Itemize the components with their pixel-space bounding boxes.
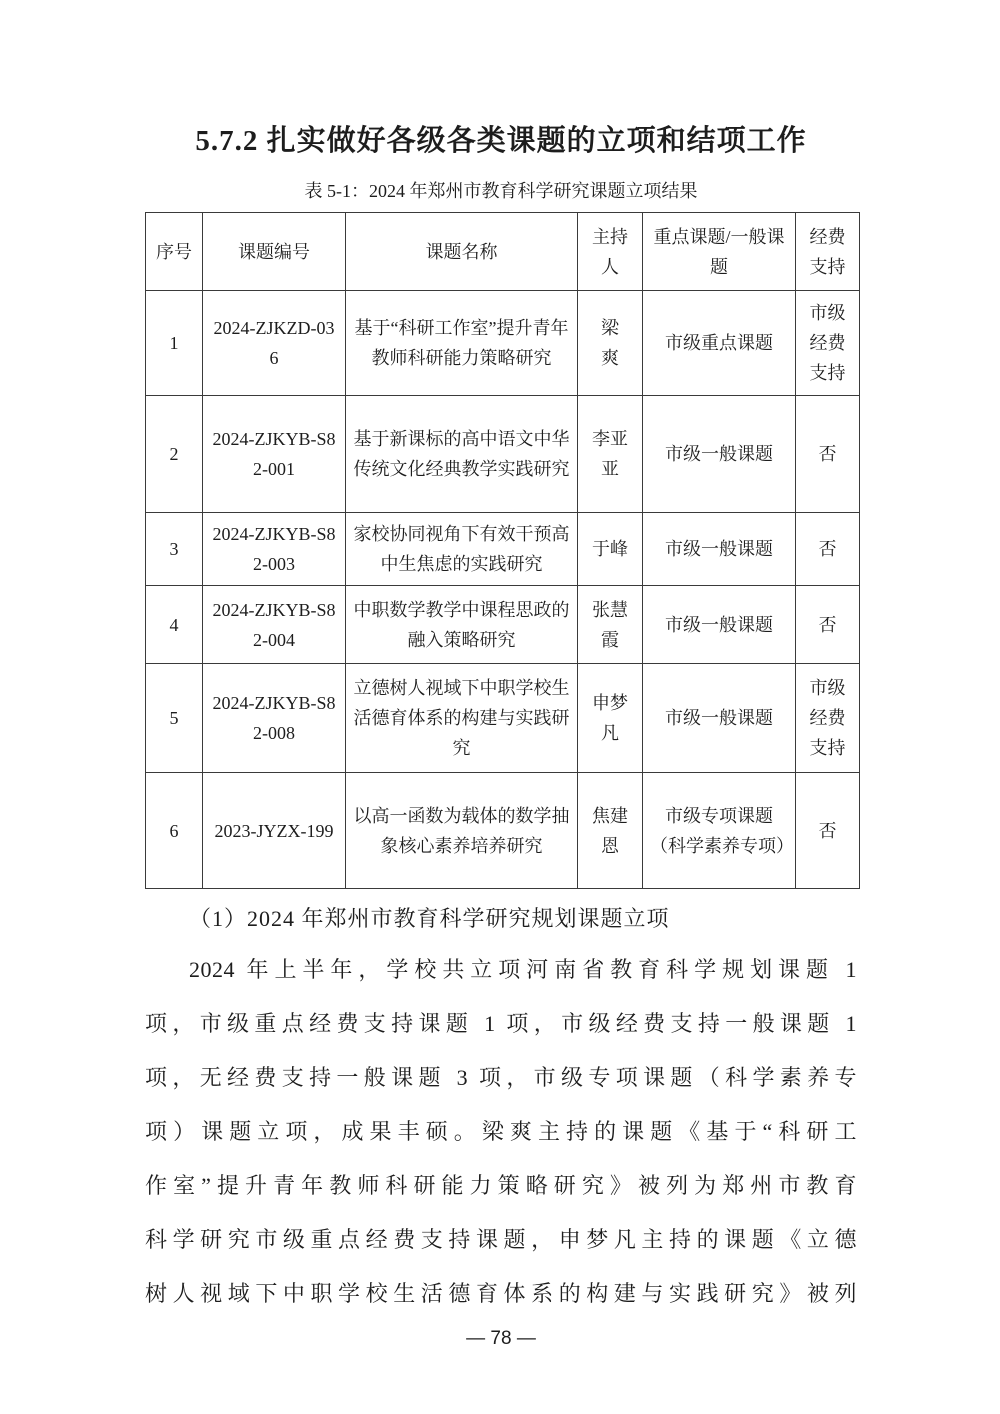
table-row: 4 2024-ZJKYB-S82-004 中职数学教学中课程思政的融入策略研究 … bbox=[146, 586, 860, 664]
cell-leader: 于峰 bbox=[578, 513, 643, 586]
paragraph-line: 科学研究市级重点经费支持课题，申梦凡主持的课题《立德 bbox=[145, 1213, 857, 1267]
cell-category: 市级重点课题 bbox=[643, 291, 796, 396]
cell-project-title: 以高一函数为载体的数学抽象核心素养培养研究 bbox=[346, 773, 578, 889]
cell-category: 市级专项课题（科学素养专项） bbox=[643, 773, 796, 889]
cell-leader: 焦建 恩 bbox=[578, 773, 643, 889]
cell-leader: 张慧 霞 bbox=[578, 586, 643, 664]
cell-funding: 市级经费支持 bbox=[796, 664, 860, 773]
sub-section-heading: （1）2024 年郑州市教育科学研究规划课题立项 bbox=[145, 895, 857, 943]
cell-leader: 申梦 凡 bbox=[578, 664, 643, 773]
cell-index: 5 bbox=[146, 664, 203, 773]
paragraph-line: 作室”提升青年教师科研能力策略研究》被列为郑州市教育 bbox=[145, 1159, 857, 1213]
table-row: 6 2023-JYZX-199 以高一函数为载体的数学抽象核心素养培养研究 焦建… bbox=[146, 773, 860, 889]
cell-index: 6 bbox=[146, 773, 203, 889]
cell-project-code: 2024-ZJKYB-S82-003 bbox=[203, 513, 346, 586]
column-header: 重点课题/一般课题 bbox=[643, 213, 796, 291]
cell-funding: 否 bbox=[796, 396, 860, 513]
document-page: 5.7.2 扎实做好各级各类课题的立项和结项工作 表 5-1：2024 年郑州市… bbox=[0, 0, 1000, 1414]
cell-project-title: 中职数学教学中课程思政的融入策略研究 bbox=[346, 586, 578, 664]
cell-project-title: 基于“科研工作室”提升青年教师科研能力策略研究 bbox=[346, 291, 578, 396]
column-header: 课题名称 bbox=[346, 213, 578, 291]
cell-funding: 否 bbox=[796, 513, 860, 586]
cell-leader: 梁 爽 bbox=[578, 291, 643, 396]
paragraph-line: 2024 年上半年，学校共立项河南省教育科学规划课题 1 bbox=[145, 943, 857, 997]
cell-category: 市级一般课题 bbox=[643, 586, 796, 664]
cell-project-title: 基于新课标的高中语文中华传统文化经典教学实践研究 bbox=[346, 396, 578, 513]
paragraph-line: 项，市级重点经费支持课题 1 项，市级经费支持一般课题 1 bbox=[145, 997, 857, 1051]
cell-project-code: 2024-ZJKZD-036 bbox=[203, 291, 346, 396]
cell-project-code: 2024-ZJKYB-S82-008 bbox=[203, 664, 346, 773]
paragraph-line: 项）课题立项，成果丰硕。梁爽主持的课题《基于“科研工 bbox=[145, 1105, 857, 1159]
cell-project-title: 家校协同视角下有效干预高中生焦虑的实践研究 bbox=[346, 513, 578, 586]
cell-project-code: 2023-JYZX-199 bbox=[203, 773, 346, 889]
cell-category: 市级一般课题 bbox=[643, 513, 796, 586]
body-paragraph: 2024 年上半年，学校共立项河南省教育科学规划课题 1项，市级重点经费支持课题… bbox=[145, 943, 857, 1321]
table-caption: 表 5-1：2024 年郑州市教育科学研究课题立项结果 bbox=[145, 176, 857, 206]
paragraph-line: 项，无经费支持一般课题 3 项，市级专项课题（科学素养专 bbox=[145, 1051, 857, 1105]
paragraph-line: 树人视域下中职学校生活德育体系的构建与实践研究》被列 bbox=[145, 1267, 857, 1321]
section-heading: 5.7.2 扎实做好各级各类课题的立项和结项工作 bbox=[145, 120, 857, 162]
projects-table: 序号课题编号课题名称主持人重点课题/一般课题经费支持 1 2024-ZJKZD-… bbox=[145, 212, 860, 889]
cell-index: 1 bbox=[146, 291, 203, 396]
column-header: 课题编号 bbox=[203, 213, 346, 291]
cell-index: 3 bbox=[146, 513, 203, 586]
cell-project-code: 2024-ZJKYB-S82-001 bbox=[203, 396, 346, 513]
cell-index: 2 bbox=[146, 396, 203, 513]
cell-project-code: 2024-ZJKYB-S82-004 bbox=[203, 586, 346, 664]
cell-funding: 市级经费支持 bbox=[796, 291, 860, 396]
table-row: 5 2024-ZJKYB-S82-008 立德树人视域下中职学校生活德育体系的构… bbox=[146, 664, 860, 773]
table-row: 1 2024-ZJKZD-036 基于“科研工作室”提升青年教师科研能力策略研究… bbox=[146, 291, 860, 396]
cell-funding: 否 bbox=[796, 773, 860, 889]
cell-project-title: 立德树人视域下中职学校生活德育体系的构建与实践研究 bbox=[346, 664, 578, 773]
table-header-row: 序号课题编号课题名称主持人重点课题/一般课题经费支持 bbox=[146, 213, 860, 291]
column-header: 经费支持 bbox=[796, 213, 860, 291]
cell-leader: 李亚 亚 bbox=[578, 396, 643, 513]
cell-funding: 否 bbox=[796, 586, 860, 664]
table-row: 2 2024-ZJKYB-S82-001 基于新课标的高中语文中华传统文化经典教… bbox=[146, 396, 860, 513]
table-row: 3 2024-ZJKYB-S82-003 家校协同视角下有效干预高中生焦虑的实践… bbox=[146, 513, 860, 586]
cell-index: 4 bbox=[146, 586, 203, 664]
column-header: 序号 bbox=[146, 213, 203, 291]
cell-category: 市级一般课题 bbox=[643, 664, 796, 773]
cell-category: 市级一般课题 bbox=[643, 396, 796, 513]
column-header: 主持人 bbox=[578, 213, 643, 291]
page-number: — 78 — bbox=[145, 1325, 857, 1353]
